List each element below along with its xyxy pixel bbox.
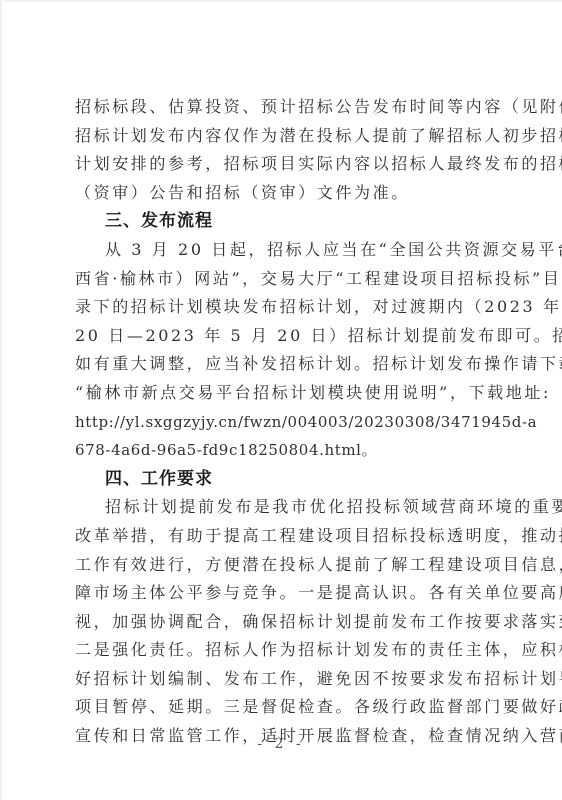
text-line: 改革举措，有助于提高工程建设项目招标投标透明度，推动招标 — [75, 522, 497, 551]
text-line: “榆林市新点交易平台招标计划模块使用说明”，下载地址: — [75, 379, 497, 408]
section-heading-work-requirements: 四、工作要求 — [75, 465, 497, 494]
text-line: 好招标计划编制、发布工作，避免因不按要求发布招标计划导致 — [75, 665, 497, 694]
text-line: 项目暂停、延期。三是督促检查。各级行政监督部门要做好政策 — [75, 693, 497, 722]
text-line: 从 3 月 20 日起，招标人应当在“全国公共资源交易平台(陕 — [75, 236, 497, 265]
document-body: 招标标段、估算投资、预计招标公告发布时间等内容（见附件）。 招标计划发布内容仅作… — [75, 93, 497, 751]
text-line: 障市场主体公平参与竞争。一是提高认识。各有关单位要高度重 — [75, 579, 497, 608]
text-line: 招标计划提前发布是我市优化招投标领域营商环境的重要 — [75, 493, 497, 522]
text-line: 招标计划发布内容仅作为潜在投标人提前了解招标人初步招标 — [75, 122, 497, 151]
text-line: 计划安排的参考，招标项目实际内容以招标人最终发布的招标 — [75, 150, 497, 179]
download-url-line: 678-4a6d-96a5-fd9c18250804.html。 — [75, 436, 497, 465]
text-line: 如有重大调整，应当补发招标计划。招标计划发布操作请下载 — [75, 350, 497, 379]
section-heading-release-process: 三、发布流程 — [75, 207, 497, 236]
text-line: 西省·榆林市）网站”，交易大厅“工程建设项目招标投标”目 — [75, 265, 497, 294]
text-line: 20 日—2023 年 5 月 20 日）招标计划提前发布即可。招标项目 — [75, 322, 497, 351]
text-line: 二是强化责任。招标人作为招标计划发布的责任主体，应积极做 — [75, 636, 497, 665]
text-line: （资审）公告和招标（资审）文件为准。 — [75, 179, 497, 208]
text-line: 视，加强协调配合，确保招标计划提前发布工作按要求落实到位。 — [75, 608, 497, 637]
page-number: - 2 - — [0, 736, 562, 752]
text-line: 招标标段、估算投资、预计招标公告发布时间等内容（见附件）。 — [75, 93, 497, 122]
download-url-line: http://yl.sxggzyjy.cn/fwzn/004003/202303… — [75, 408, 497, 437]
text-line: 工作有效进行，方便潜在投标人提前了解工程建设项目信息，保 — [75, 551, 497, 580]
text-line: 录下的招标计划模块发布招标计划，对过渡期内（2023 年 3 月 — [75, 293, 497, 322]
